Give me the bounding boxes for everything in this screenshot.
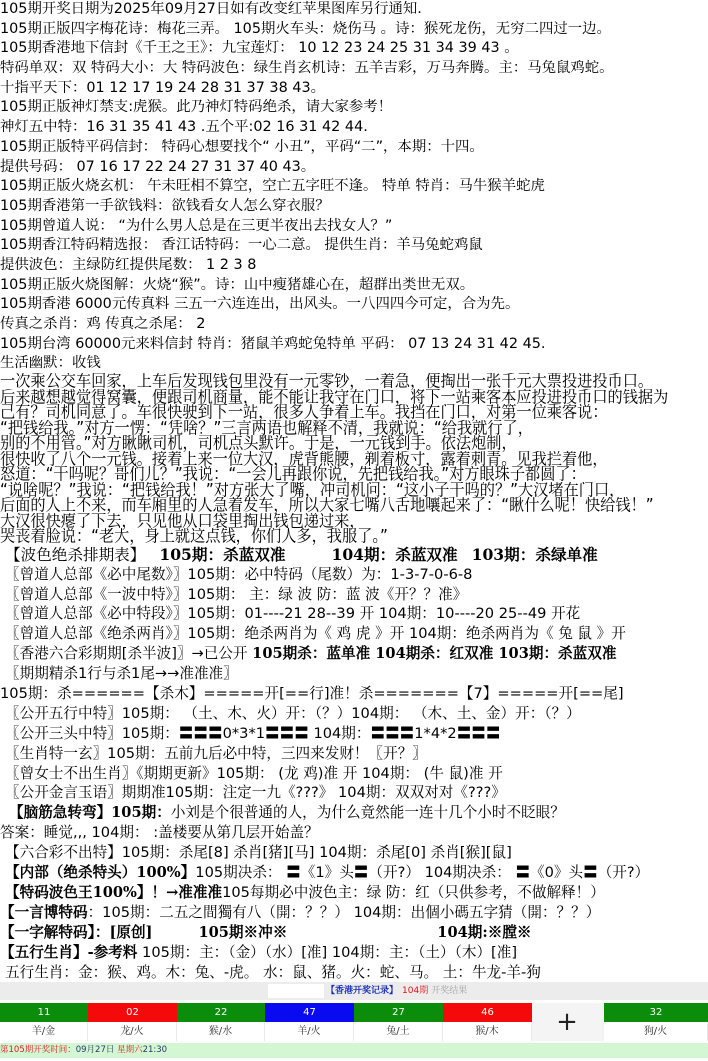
wave-kill-label: 【波色绝杀排期表】 [5, 546, 145, 564]
ball-number: 22 [177, 1003, 265, 1022]
prediction-line-golden-words: 〖公开金言玉语〗期期准105期：注定一九《???》 104期：双双对对《???》 [0, 783, 708, 803]
info-line-provided-numbers: 提供号码： 07 16 17 22 24 27 31 37 40 43。 [0, 158, 708, 178]
wave-kill-schedule: 【波色绝杀排期表】105期：杀蓝双准104期：杀蓝双准103期：杀绿单准 [0, 545, 708, 565]
prediction-line-kill-two-zodiac: 〖曾道人总部《绝杀两肖》〗105期：绝杀两肖为《 鸡 虎 》开 104期：绝杀两… [0, 624, 708, 644]
prediction-line-brain-teaser: 【脑筋急转弯】105期：小刘是个很普通的人，为什么竟然能一连十几个小时不眨眼？ [0, 803, 708, 823]
prediction-line-special-segment: 〖曾道人总部《必中特段》〗105期：01----21 28--39 开 104期… [0, 604, 708, 624]
next-draw-date: 09月27日 [76, 1045, 115, 1055]
prediction-text: 〖期期精杀1行与杀1尾→→准准准〗 [5, 665, 238, 682]
prediction-text: ：105期：二五之間獨有八（開：？？） 104期：出個小碼五字猜（開：？？） [88, 904, 601, 921]
info-line-zeng-says: 105期曾道人说： “为什么男人总是在三更半夜出去找女人？” [0, 217, 708, 237]
info-line-special-letter: 105期正版特平码信封： 特码心想要找个“ 小丑”，平码“二”，本期：十四。 [0, 138, 708, 158]
results-title: 【香港开奖记录】104期开奖结果 [326, 982, 467, 1000]
prediction-line-five-element-zodiac: 【五行生肖】-参考料 105期：主：（金）（水）[准] 104期：主：（土）（木… [0, 943, 708, 963]
special-ball-zodiac-element: 狗/火 [604, 1022, 708, 1041]
ball-zodiac-element: 猴/木 [443, 1022, 532, 1041]
info-line-xiangjiang: 105期香江特码精选报： 香江话特码：一心二意。 提供生肖：羊马兔蛇鸡鼠 [0, 236, 708, 256]
ball-number: 47 [265, 1003, 354, 1022]
info-line-underground-letter: 105期香港地下信封《千王之王》：九宝莲灯： 10 12 23 24 25 31… [0, 39, 708, 59]
draw-results-panel: 【香港开奖记录】104期开奖结果 11 羊/金 02 龙/火 22 猴/水 47… [0, 982, 708, 1061]
prediction-text: 答案：睡觉,,, 104期： :盖楼要从第几层开始盖？ [0, 824, 319, 841]
info-line-wave-color: 提供波色：主绿防红提供尾数： 1 2 3 8 [0, 256, 708, 276]
prediction-line-internal-head: 【内部（绝杀特头）100%】105期决杀： 〓《1》头〓（开?） 104期决杀：… [0, 863, 708, 883]
ball-number: 11 [0, 1003, 88, 1022]
wave-kill-105: 105期：杀蓝双准 [159, 545, 285, 564]
prediction-line-one-word-bet: 【一言博特码：105期：二五之間獨有八（開：？？） 104期：出個小碼五字猜（開… [0, 903, 708, 923]
ball-zodiac-element: 猴/水 [177, 1022, 265, 1041]
ball-number: 27 [354, 1003, 443, 1022]
prediction-text: 105每期必中波色主：绿 防：红（只供参考，不做解释！） [222, 884, 605, 901]
prediction-text: 小刘是个很普通的人，为什么竟然能一连十几个小时不眨眼？ [171, 804, 565, 821]
wave-kill-103: 103期：杀绿单准 [472, 545, 598, 564]
info-line-fax-6000: 105期香港 6000元传真料 三五一六连连出，出风头。一八四四今可定，合为先。 [0, 295, 708, 315]
ball-2: 02 龙/火 [88, 1003, 177, 1041]
info-line-plum-poem: 105期正版四字梅花诗：梅花三弄。 105期火车头：烧伤马 。诗：猴死龙伤，无穷… [0, 20, 708, 40]
info-line-odd-even: 特码单双：双 特码大小：大 特码波色：绿生肖玄机诗：五羊吉彩，万马奔腾。主：马兔… [0, 59, 708, 79]
results-header: 【香港开奖记录】104期开奖结果 [0, 982, 708, 1000]
wave-kill-104: 104期：杀蓝双准 [331, 545, 457, 564]
prediction-text: 〖曾道人总部《必中尾数》〗105期：必中特码（尾数）为：1-3-7-0-6-8 [5, 566, 472, 583]
predictions-block: 【波色绝杀排期表】105期：杀蓝双准104期：杀蓝双准103期：杀绿单准 〖曾道… [0, 545, 708, 983]
prediction-text: 〖公开三头中特〗105期：〓〓〓0*3*1〓〓〓 104期：〓〓〓1*4*2〓〓… [5, 725, 501, 742]
ball-row: 11 羊/金 02 龙/火 22 猴/水 47 羊/火 27 兔/土 46 猴/… [0, 1003, 708, 1041]
info-line-lamp-five: 神灯五中特：16 31 35 41 43 .五个平:02 16 31 42 44… [0, 118, 708, 138]
info-line-lamp-ban: 105期正版神灯禁支:虎猴。此乃神灯特码绝杀，请大家参考！ [0, 98, 708, 118]
half-wave-results: 105期杀：蓝单准 104期杀：红双准 103期：杀蓝双准 [252, 645, 616, 662]
special-ball-number: 32 [604, 1003, 708, 1022]
special-ball: 32 狗/火 [604, 1003, 708, 1041]
next-draw-time: 第105期开奖时间：09月27日 星期六21:30 [0, 1043, 708, 1058]
prediction-line-kill-wood: 105期：杀======【杀木】=====开[==行]准！杀=======【7】… [0, 684, 708, 704]
ball-1: 11 羊/金 [0, 1003, 88, 1041]
ball-number: 02 [88, 1003, 177, 1022]
prediction-text: 【六合彩不出特】105期：杀尾[8] 杀肖[猪][马] 104期：杀尾[0] 杀… [5, 844, 512, 861]
one-word-bet-label: 【一言博特码 [0, 904, 88, 921]
prediction-line-three-heads: 〖公开三头中特〗105期：〓〓〓0*3*1〓〓〓 104期：〓〓〓1*4*2〓〓… [0, 724, 708, 744]
plus-icon: + [532, 1003, 602, 1041]
prediction-text: 〖公开金言玉语〗期期准105期：注定一九《???》 104期：双双对对《???》 [5, 784, 506, 801]
prediction-line-wave-king: 【特码波色王100%】！→准准准105每期必中波色主：绿 防：红（只供参考，不做… [0, 883, 708, 903]
prediction-text: 〖生肖特一玄〗105期：五前九后必中特，三四来发财！〖开？〗 [5, 745, 427, 762]
prediction-text: 〖曾道人总部《绝杀两肖》〗105期：绝杀两肖为《 鸡 虎 》开 104期：绝杀两… [5, 625, 626, 642]
results-title-link[interactable]: 【香港开奖记录】 [326, 986, 398, 996]
ball-zodiac-element: 羊/金 [0, 1022, 88, 1041]
prediction-text: 105期：杀======【杀木】=====开[==行]准！杀=======【7】… [0, 685, 624, 702]
wave-king-label: 【特码波色王100%】！→准准准 [5, 884, 222, 901]
five-element-zodiac-label: 【五行生肖】-参考料 [0, 944, 137, 961]
brain-teaser-label: 【脑筋急转弯】105期： [9, 804, 171, 821]
prediction-text: 〖曾道人总部《必中特段》〗105期：01----21 28--39 开 104期… [5, 605, 580, 622]
ball-number: 46 [443, 1003, 532, 1022]
ball-5: 27 兔/土 [354, 1003, 443, 1041]
next-draw-prefix: 第105期开奖时间： [0, 1045, 76, 1055]
results-suffix: 开奖结果 [431, 986, 467, 996]
prediction-line-half-wave: 〖香港六合彩期期[杀半波]〗→已公开 105期杀：蓝单准 104期杀：红双准 1… [0, 644, 708, 664]
ball-3: 22 猴/水 [177, 1003, 265, 1041]
ball-4: 47 羊/火 [265, 1003, 354, 1041]
prediction-text: 五行生肖：金：猴、鸡。木：兔、-虎。 水：鼠、猪。火：蛇、马。 土：牛龙-羊-狗 [5, 964, 541, 981]
prediction-text: 105期决杀： 〓《1》头〓（开?） 104期决杀： 〓《0》头〓（开?） [195, 864, 649, 881]
one-char-105: 105期※冲※ [198, 924, 287, 941]
prediction-line-kill-element-tail: 〖期期精杀1行与杀1尾→→准准准〗 [0, 664, 708, 684]
prediction-text: 〖香港六合彩期期[杀半波]〗→已公开 [5, 645, 252, 662]
info-line-draw-date: 105期开奖日期为2025年09月27日如有改变红苹果图库另行通知. [0, 0, 708, 20]
prediction-line-tail-numbers: 〖曾道人总部《必中尾数》〗105期：必中特码（尾数）为：1-3-7-0-6-8 [0, 565, 708, 585]
prediction-line-zodiac-mystery: 〖生肖特一玄〗105期：五前九后必中特，三四来发财！〖开？〗 [0, 744, 708, 764]
prediction-line-one-char: 【一字解特码】：[原创]105期※冲※104期:※膛※ [0, 923, 708, 943]
info-line-fire-diagram: 105期正版火烧图解：火烧“猴”。诗：山中瘦猪雄心在，超群出类世无双。 [0, 276, 708, 296]
prediction-text: 105期：主：（金）（水）[准] 104期：主：（土）（木）[准] [137, 944, 517, 961]
next-draw-weekday: 星期六 [117, 1045, 143, 1055]
info-line-fire-mystery: 105期正版火烧玄机： 午未旺相不算空，空亡五字旺不逢。 特单 特肖：马牛猴羊蛇… [0, 177, 708, 197]
info-line-ten-fingers: 十指平天下：01 12 17 19 24 28 31 37 38 43。 [0, 79, 708, 99]
internal-head-label: 【内部（绝杀特头）100%】 [5, 864, 195, 881]
results-period: 104期 [402, 986, 428, 996]
story-line: 哭丧着脸说：“老大，身上就这点钱，你们人多，我服了。” [0, 528, 708, 545]
humor-title: 生活幽默：收钱 [0, 354, 708, 374]
one-char-104: 104期:※膛※ [437, 924, 531, 941]
ball-zodiac-element: 龙/火 [88, 1022, 177, 1041]
ball-6: 46 猴/木 [443, 1003, 532, 1041]
prediction-line-one-wave: 〖曾道人总部《一波中特》〗105期： 主：绿 波 防：蓝 波《开？？准》 [0, 585, 708, 605]
info-line-first-hand: 105期香港第一手欲钱料：欲钱看女人怎么穿衣服？ [0, 197, 708, 217]
info-block: 105期开奖日期为2025年09月27日如有改变红苹果图库另行通知. 105期正… [0, 0, 708, 374]
prediction-text: 〖公开五行中特〗105期： （土、木、火）开：（？）104期： （木、土、金）开… [5, 705, 581, 722]
info-line-taiwan-letter: 105期台湾 60000元来料信封 特肖：猪鼠羊鸡蛇兔特单 平码： 07 13 … [0, 335, 708, 355]
prediction-line-zodiac-table: 五行生肖：金：猴、鸡。木：兔、-虎。 水：鼠、猪。火：蛇、马。 土：牛龙-羊-狗 [0, 963, 708, 983]
prediction-line-ms-zeng: 〖曾女士不出生肖〗《期期更新》105期： (龙 鸡)准 开 104期： (牛 鼠… [0, 764, 708, 784]
header-blank-box [268, 984, 324, 998]
prediction-line-answer: 答案：睡觉,,, 104期： :盖楼要从第几层开始盖？ [0, 823, 708, 843]
prediction-line-five-elements: 〖公开五行中特〗105期： （土、木、火）开：（？）104期： （木、土、金）开… [0, 704, 708, 724]
next-draw-clock: 21:30 [143, 1045, 168, 1055]
ball-zodiac-element: 兔/土 [354, 1022, 443, 1041]
ball-zodiac-element: 羊/火 [265, 1022, 354, 1041]
one-char-label: 【一字解特码】：[原创] [0, 924, 152, 941]
humor-story: 一次乘公交车回家，上车后发现钱包里没有一元零钞，一着急，便掏出一张千元大票投进投… [0, 374, 708, 545]
prediction-text: 〖曾道人总部《一波中特》〗105期： 主：绿 波 防：蓝 波《开？？准》 [5, 586, 467, 603]
info-line-fax-kill: 传真之杀肖：鸡 传真之杀尾： 2 [0, 315, 708, 335]
prediction-line-no-special: 【六合彩不出特】105期：杀尾[8] 杀肖[猪][马] 104期：杀尾[0] 杀… [0, 843, 708, 863]
prediction-text: 〖曾女士不出生肖〗《期期更新》105期： (龙 鸡)准 开 104期： (牛 鼠… [5, 765, 503, 782]
